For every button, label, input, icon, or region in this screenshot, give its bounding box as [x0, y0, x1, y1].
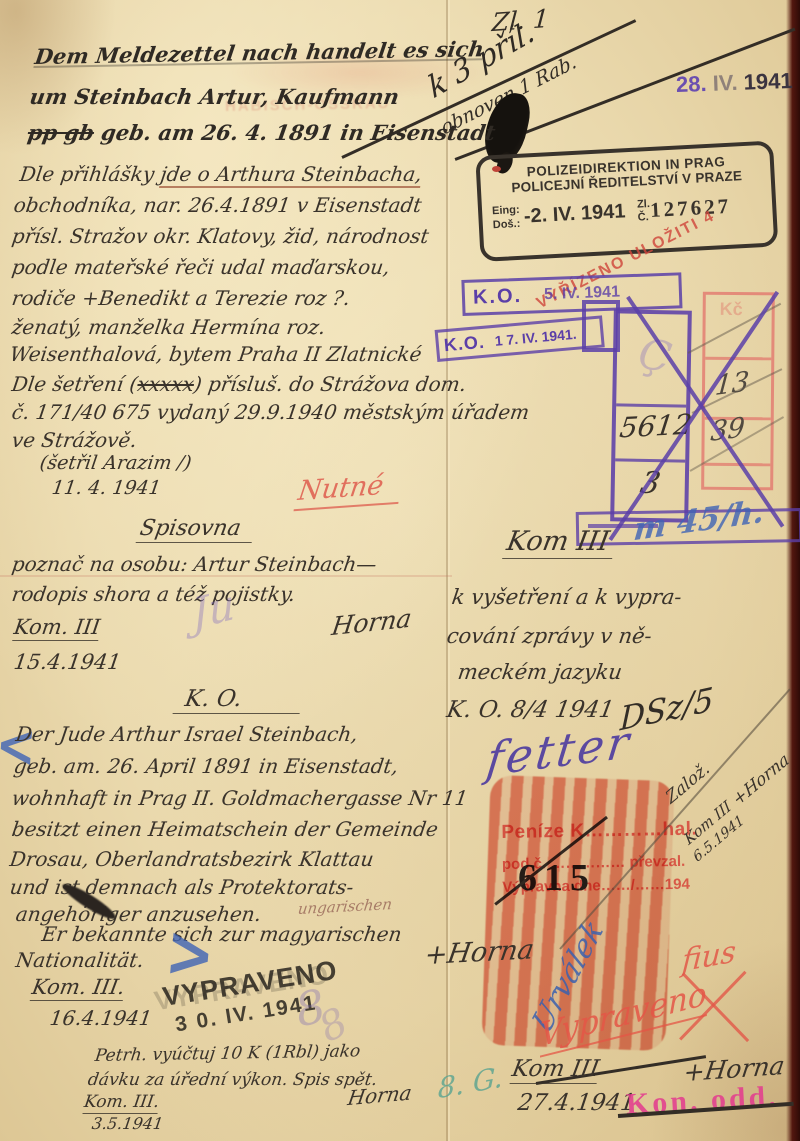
red-grid-divider-1 [705, 357, 771, 360]
bottom-note-line-2: dávku za úřední výkon. Spis spět. [87, 1070, 379, 1090]
bottom-note-signature-horna: Horna [346, 1080, 413, 1110]
note-date-27-4-1941: 27.4.1941 [516, 1090, 637, 1116]
kom3-right-title: Kom III [502, 526, 618, 559]
police-stamp-eing-label: Eing: [492, 204, 520, 219]
ko-german-line-9: Nationalität. [14, 948, 145, 972]
ko-german-kom: Kom. III. [30, 975, 127, 1001]
police-stamp-date: -2. IV. 1941 [523, 201, 626, 229]
kon-odd-stamp: Kon. odd. [625, 1080, 779, 1122]
ko-german-title: K. O. [173, 686, 305, 714]
purple-grid-stamp: Ç 5612 3 [610, 309, 692, 522]
kom3-right-line-1: k vyšetření a k vypra- [450, 585, 683, 609]
purple-grid-divider-1 [616, 403, 686, 407]
heading-line-3-struck: pp gb [26, 120, 96, 145]
date-stamp-28-iv-1941: 28. IV. 1941 [676, 68, 794, 98]
police-stamp-zl-label: Zl. [637, 198, 650, 211]
police-direction-stamp: POLIZEIDIREKTION IN PRAG POLICEJNÍ ŘEDIT… [475, 140, 778, 261]
spisovna-line-1: poznač na osobu: Artur Steinbach— [10, 552, 378, 576]
body-line-2: obchodníka, nar. 26.4.1891 v Eisenstadt [12, 193, 423, 217]
ko-stamp-2-label: K.O. [443, 331, 486, 355]
note-kom-27: Kom III [510, 1056, 602, 1084]
body-line-8b-struck: xxxxx [136, 372, 196, 396]
ko-german-line-6: und ist demnach als Protektorats- [8, 875, 355, 899]
signature-paraph: DSz/5 [619, 680, 714, 739]
bottom-note-kom: Kom. III. [82, 1092, 160, 1114]
date-stamp-month: IV. [712, 70, 738, 96]
heading-line-2: um Steinbach Artur, Kaufmann [28, 84, 401, 109]
body-line-5: rodiče +Benedikt a Terezie roz ?. [10, 286, 351, 310]
red-grid-value-13: 13 [714, 366, 751, 402]
heading-line-3-rest: geb. am 26. 4. 1891 in Eisenstadt [92, 120, 497, 145]
body-line-12: 11. 4. 1941 [50, 477, 162, 499]
document-page: HABISCH-OSSRAU Zl. 1 k 3 příl. obnoven 1… [0, 0, 800, 1141]
body-line-1a: Dle přihlášky [18, 162, 162, 186]
ko-german-line-8: Er bekannte sich zur magyarischen [40, 922, 403, 946]
heading-line-3: pp gb geb. am 26. 4. 1891 in Eisenstadt [26, 120, 497, 145]
body-line-11: (šetřil Arazim /) [38, 452, 192, 474]
bottom-note-date: 3.5.1941 [91, 1114, 165, 1133]
purple-grid-value-5612: 5612 [618, 408, 694, 445]
red-urgency-note: Nutné [294, 468, 404, 511]
ko-german-date: 16.4.1941 [48, 1006, 153, 1030]
body-line-3: přísl. Stražov okr. Klatovy, žid, národn… [10, 224, 430, 248]
body-line-8a: Dle šetření ( [10, 372, 139, 396]
binding-edge [786, 0, 800, 1141]
signature-fius-red: fius [681, 934, 737, 979]
bottom-note-line-1: Petrh. vyúčtuj 10 K (1Rbl) jako [94, 1041, 362, 1066]
body-line-9: č. 171/40 675 vydaný 29.9.1940 městským … [10, 400, 531, 424]
ko-stamp-2-date: 1 7. IV. 1941. [494, 326, 577, 349]
body-line-4: podle mateřské řeči udal maďarskou, [10, 255, 391, 279]
ko-stamp-2: K.O. 1 7. IV. 1941. [435, 315, 605, 362]
red-grid-ghost-kc: Kč [720, 299, 743, 320]
signature-fetter: fetter [484, 715, 635, 787]
body-line-8: Dle šetření (xxxxx) přísluš. do Strážova… [10, 372, 468, 396]
body-line-7: Weisenthalová, bytem Praha II Zlatnické [8, 342, 423, 366]
ko-german-line-1: Der Jude Arthur Israel Steinbach, [14, 722, 359, 746]
ko-german-insert-ungarischen: ungarischen [297, 895, 393, 918]
spisovna-title: Spisovna [136, 516, 257, 543]
spisovna-line-2: rodopis shora a též pojistky. [10, 582, 297, 606]
ko-german-line-3: wohnhaft in Prag II. Goldmachergasse Nr … [10, 786, 469, 810]
body-line-8c: ) přísluš. do Strážova dom. [192, 372, 468, 396]
ko-german-line-4: besitzt einen Heimatschein der Gemeinde [10, 817, 439, 841]
body-line-1b-underlined: jde o Arthura Steinbacha, [159, 162, 424, 188]
body-line-6: ženatý, manželka Hermína roz. [10, 315, 327, 339]
ko-german-line-5: Drosau, Oberlandratsbezirk Klattau [8, 847, 375, 871]
ko-stamp-1-label: K.O. [473, 284, 523, 309]
body-line-10: ve Strážově. [10, 428, 138, 452]
purple-grid-divider-2 [615, 458, 685, 462]
police-stamp-dos-label: Doš.: [493, 218, 521, 233]
pencil-ghost-ju: Ju [190, 579, 236, 639]
spisovna-date: 15.4.1941 [12, 650, 122, 674]
kom3-right-line-3: meckém jazyku [456, 660, 623, 684]
date-stamp-year: 1941 [743, 68, 793, 95]
signature-horna-diagonal: +Horna [730, 749, 793, 811]
date-stamp-day: 28. [676, 71, 707, 97]
signature-horna-center: +Horna [423, 934, 537, 971]
spisovna-signature-horna: Horna [330, 603, 414, 641]
police-stamp-c-label: Č. [637, 211, 650, 224]
kom3-right-line-2: cování zprávy v ně- [445, 624, 653, 648]
ko-german-line-2: geb. am. 26. April 1891 in Eisenstadt, [12, 754, 400, 778]
body-line-1: Dle přihlášky jde o Arthura Steinbacha, [18, 162, 423, 186]
spisovna-kom: Kom. III [12, 615, 102, 641]
